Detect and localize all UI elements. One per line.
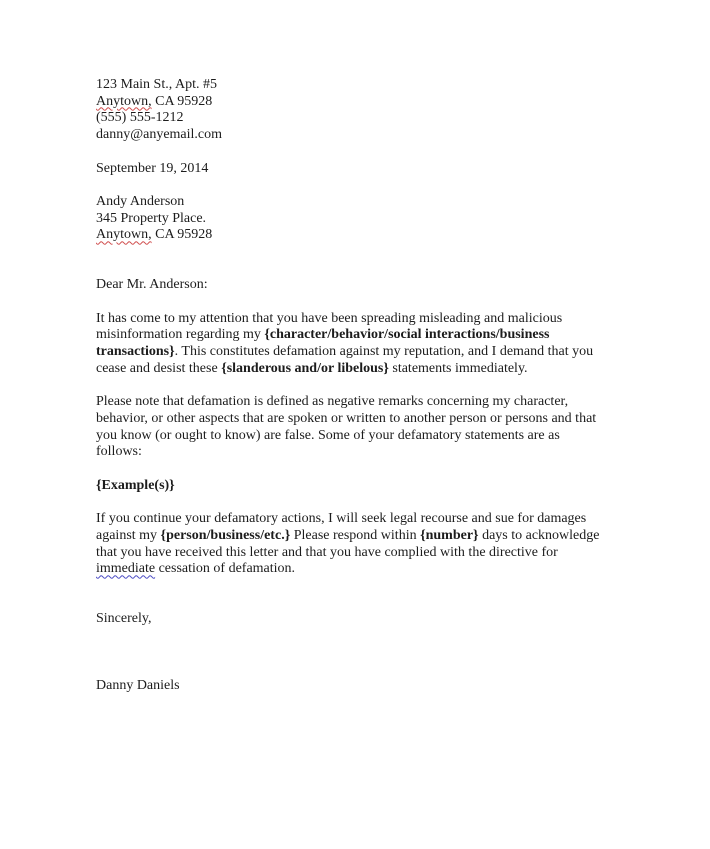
- placeholder-text: transactions}: [96, 344, 175, 359]
- salutation-line: Dear Mr. Anderson:: [96, 277, 650, 294]
- text-run: Danny Daniels: [96, 678, 180, 693]
- example-placeholder: {Example(s)}: [96, 478, 650, 495]
- sender-address-line: Anytown, CA 95928: [96, 94, 650, 111]
- text-run: days to acknowledge: [479, 528, 600, 543]
- paragraph-1: It has come to my attention that you hav…: [96, 311, 650, 378]
- paragraph-1-line: It has come to my attention that you hav…: [96, 311, 650, 328]
- paragraph-3-line: immediate cessation of defamation.: [96, 561, 650, 578]
- text-run: against my: [96, 528, 161, 543]
- recipient-address-line: Anytown, CA 95928: [96, 227, 650, 244]
- paragraph-2-line: Please note that defamation is defined a…: [96, 394, 650, 411]
- sender-address-line: 123 Main St., Apt. #5: [96, 77, 650, 94]
- paragraph-3: If you continue your defamatory actions,…: [96, 511, 650, 578]
- text-run: September 19, 2014: [96, 161, 208, 176]
- text-run: Please respond within: [290, 528, 420, 543]
- text-run: Sincerely,: [96, 611, 151, 626]
- text-run: misinformation regarding my: [96, 327, 264, 342]
- paragraph-3-line: If you continue your defamatory actions,…: [96, 511, 650, 528]
- paragraph-2-line: you know (or ought to know) are false. S…: [96, 428, 650, 445]
- recipient-address: Andy Anderson345 Property Place.Anytown,…: [96, 194, 650, 244]
- text-run: Dear Mr. Anderson:: [96, 277, 208, 292]
- date-line-line: September 19, 2014: [96, 161, 650, 178]
- placeholder-text: {number}: [420, 528, 478, 543]
- example-placeholder-line: {Example(s)}: [96, 478, 650, 495]
- placeholder-text: {person/business/etc.}: [161, 528, 291, 543]
- text-run: It has come to my attention that you hav…: [96, 311, 562, 326]
- text-run: that you have received this letter and t…: [96, 545, 558, 560]
- text-run: danny@anyemail.com: [96, 127, 222, 142]
- paragraph-3-line: that you have received this letter and t…: [96, 545, 650, 562]
- spellcheck-flagged-text: immediate: [96, 561, 155, 576]
- text-run: CA 95928: [152, 94, 213, 109]
- sender-address-line: (555) 555-1212: [96, 110, 650, 127]
- spellcheck-flagged-text: Anytown,: [96, 94, 152, 109]
- text-run: 345 Property Place.: [96, 211, 206, 226]
- recipient-address-line: Andy Anderson: [96, 194, 650, 211]
- paragraph-3-line: against my {person/business/etc.} Please…: [96, 528, 650, 545]
- text-run: follows:: [96, 444, 142, 459]
- text-run: Please note that defamation is defined a…: [96, 394, 568, 409]
- paragraph-1-line: misinformation regarding my {character/b…: [96, 327, 650, 344]
- paragraph-2: Please note that defamation is defined a…: [96, 394, 650, 461]
- text-run: 123 Main St., Apt. #5: [96, 77, 217, 92]
- text-run: behavior, or other aspects that are spok…: [96, 411, 596, 426]
- letter-body: 123 Main St., Apt. #5Anytown, CA 95928(5…: [96, 77, 650, 695]
- placeholder-text: {slanderous and/or libelous}: [221, 361, 389, 376]
- signature-name: Danny Daniels: [96, 678, 650, 695]
- placeholder-text: {Example(s)}: [96, 478, 175, 493]
- date-line: September 19, 2014: [96, 161, 650, 178]
- text-run: Andy Anderson: [96, 194, 184, 209]
- letter-page: 123 Main St., Apt. #5Anytown, CA 95928(5…: [0, 0, 710, 849]
- signature-name-line: Danny Daniels: [96, 678, 650, 695]
- paragraph-1-line: transactions}. This constitutes defamati…: [96, 344, 650, 361]
- text-run: CA 95928: [152, 227, 213, 242]
- paragraph-2-line: follows:: [96, 444, 650, 461]
- paragraph-1-line: cease and desist these {slanderous and/o…: [96, 361, 650, 378]
- sender-address: 123 Main St., Apt. #5Anytown, CA 95928(5…: [96, 77, 650, 144]
- closing: Sincerely,: [96, 611, 650, 628]
- placeholder-text: {character/behavior/social interactions/…: [264, 327, 549, 342]
- text-run: If you continue your defamatory actions,…: [96, 511, 586, 526]
- paragraph-2-line: behavior, or other aspects that are spok…: [96, 411, 650, 428]
- text-run: (555) 555-1212: [96, 110, 184, 125]
- text-run: statements immediately.: [389, 361, 528, 376]
- sender-address-line: danny@anyemail.com: [96, 127, 650, 144]
- recipient-address-line: 345 Property Place.: [96, 211, 650, 228]
- text-run: . This constitutes defamation against my…: [175, 344, 593, 359]
- text-run: cessation of defamation.: [155, 561, 295, 576]
- text-run: cease and desist these: [96, 361, 221, 376]
- salutation: Dear Mr. Anderson:: [96, 277, 650, 294]
- spellcheck-flagged-text: Anytown,: [96, 227, 152, 242]
- text-run: you know (or ought to know) are false. S…: [96, 428, 560, 443]
- closing-line: Sincerely,: [96, 611, 650, 628]
